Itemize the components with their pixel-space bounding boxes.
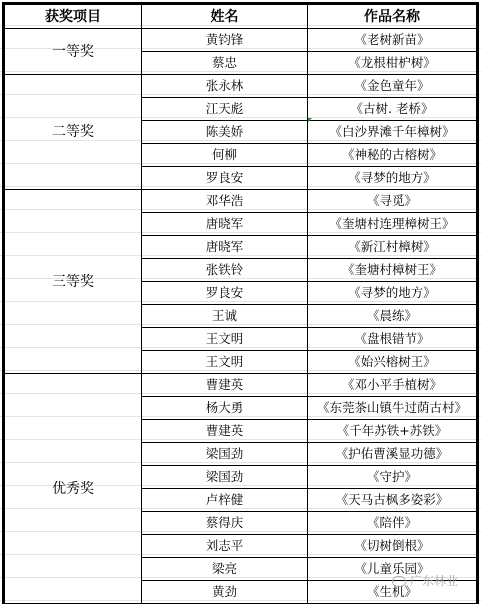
name-cell[interactable]: 唐晓军 xyxy=(142,236,308,259)
header-category[interactable]: 获奖项目 xyxy=(4,4,142,29)
name-cell[interactable]: 陈美娇 xyxy=(142,121,308,144)
table-row: 二等奖张永林《金色童年》 xyxy=(4,75,478,98)
table-row: 优秀奖曹建英《邓小平手植树》 xyxy=(4,374,478,397)
work-title-cell[interactable]: 《龙根柑枦树》 xyxy=(308,52,478,75)
name-cell[interactable]: 曹建英 xyxy=(142,420,308,443)
name-cell[interactable]: 梁亮 xyxy=(142,558,308,581)
table-row: 三等奖邓华浩《寻觅》 xyxy=(4,190,478,213)
work-title-cell[interactable]: 《古树. 老桥》 xyxy=(308,98,478,121)
name-cell[interactable]: 江天彪 xyxy=(142,98,308,121)
watermark-text: 广东林业 xyxy=(410,574,458,588)
work-title-cell[interactable]: 《神秘的古榕树》 xyxy=(308,144,478,167)
name-cell[interactable]: 张铁铃 xyxy=(142,259,308,282)
award-category-cell[interactable]: 二等奖 xyxy=(4,75,142,190)
name-cell[interactable]: 蔡得庆 xyxy=(142,512,308,535)
name-cell[interactable]: 张永林 xyxy=(142,75,308,98)
award-category-cell[interactable]: 三等奖 xyxy=(4,190,142,374)
watermark: 广东林业 xyxy=(392,572,458,589)
name-cell[interactable]: 黄钧锋 xyxy=(142,29,308,52)
work-title-cell[interactable]: 《盘根错节》 xyxy=(308,328,478,351)
award-category-cell[interactable]: 一等奖 xyxy=(4,29,142,75)
award-category-cell[interactable]: 优秀奖 xyxy=(4,374,142,604)
name-cell[interactable]: 罗良安 xyxy=(142,282,308,305)
work-title-cell[interactable]: 《金色童年》 xyxy=(308,75,478,98)
name-cell[interactable]: 蔡忠 xyxy=(142,52,308,75)
name-cell[interactable]: 梁国劲 xyxy=(142,443,308,466)
work-title-cell[interactable]: 《守护》 xyxy=(308,466,478,489)
work-title-cell[interactable]: 《邓小平手植树》 xyxy=(308,374,478,397)
header-work[interactable]: 作品名称 xyxy=(308,4,478,29)
name-cell[interactable]: 卢梓健 xyxy=(142,489,308,512)
work-title-cell[interactable]: 《千年苏铁+苏铁》 xyxy=(308,420,478,443)
table-row: 一等奖黄钧锋《老树新苗》 xyxy=(4,29,478,52)
work-title-cell[interactable]: 《新江村樟树》 xyxy=(308,236,478,259)
work-title-cell[interactable]: 《白沙界滩千年樟树》 xyxy=(308,121,478,144)
work-title-cell[interactable]: 《护佑曹溪显功德》 xyxy=(308,443,478,466)
name-cell[interactable]: 杨大勇 xyxy=(142,397,308,420)
wechat-icon xyxy=(392,576,406,587)
work-title-cell[interactable]: 《老树新苗》 xyxy=(308,29,478,52)
name-cell[interactable]: 曹建英 xyxy=(142,374,308,397)
name-cell[interactable]: 黄劲 xyxy=(142,581,308,604)
work-title-cell[interactable]: 《奎塘村连理樟树王》 xyxy=(308,213,478,236)
header-row: 获奖项目 姓名 作品名称 xyxy=(4,4,478,29)
work-title-cell[interactable]: 《陪伴》 xyxy=(308,512,478,535)
awards-table: 获奖项目 姓名 作品名称 一等奖黄钧锋《老树新苗》蔡忠《龙根柑枦树》二等奖张永林… xyxy=(2,2,479,604)
work-title-cell[interactable]: 《东莞茶山镇牛过荫古村》 xyxy=(308,397,478,420)
cell-comment-marker xyxy=(308,118,312,122)
work-title-cell[interactable]: 《切树倒根》 xyxy=(308,535,478,558)
name-cell[interactable]: 王文明 xyxy=(142,351,308,374)
work-title-cell[interactable]: 《始兴榕树王》 xyxy=(308,351,478,374)
work-title-cell[interactable]: 《寻觅》 xyxy=(308,190,478,213)
name-cell[interactable]: 唐晓军 xyxy=(142,213,308,236)
work-title-cell[interactable]: 《晨练》 xyxy=(308,305,478,328)
work-title-cell[interactable]: 《寻梦的地方》 xyxy=(308,282,478,305)
header-name[interactable]: 姓名 xyxy=(142,4,308,29)
work-title-cell[interactable]: 《奎塘村樟树王》 xyxy=(308,259,478,282)
name-cell[interactable]: 王文明 xyxy=(142,328,308,351)
name-cell[interactable]: 罗良安 xyxy=(142,167,308,190)
name-cell[interactable]: 王诚 xyxy=(142,305,308,328)
name-cell[interactable]: 邓华浩 xyxy=(142,190,308,213)
name-cell[interactable]: 刘志平 xyxy=(142,535,308,558)
name-cell[interactable]: 梁国劲 xyxy=(142,466,308,489)
work-title-cell[interactable]: 《寻梦的地方》 xyxy=(308,167,478,190)
work-title-cell[interactable]: 《天马古枫多姿彩》 xyxy=(308,489,478,512)
name-cell[interactable]: 何柳 xyxy=(142,144,308,167)
